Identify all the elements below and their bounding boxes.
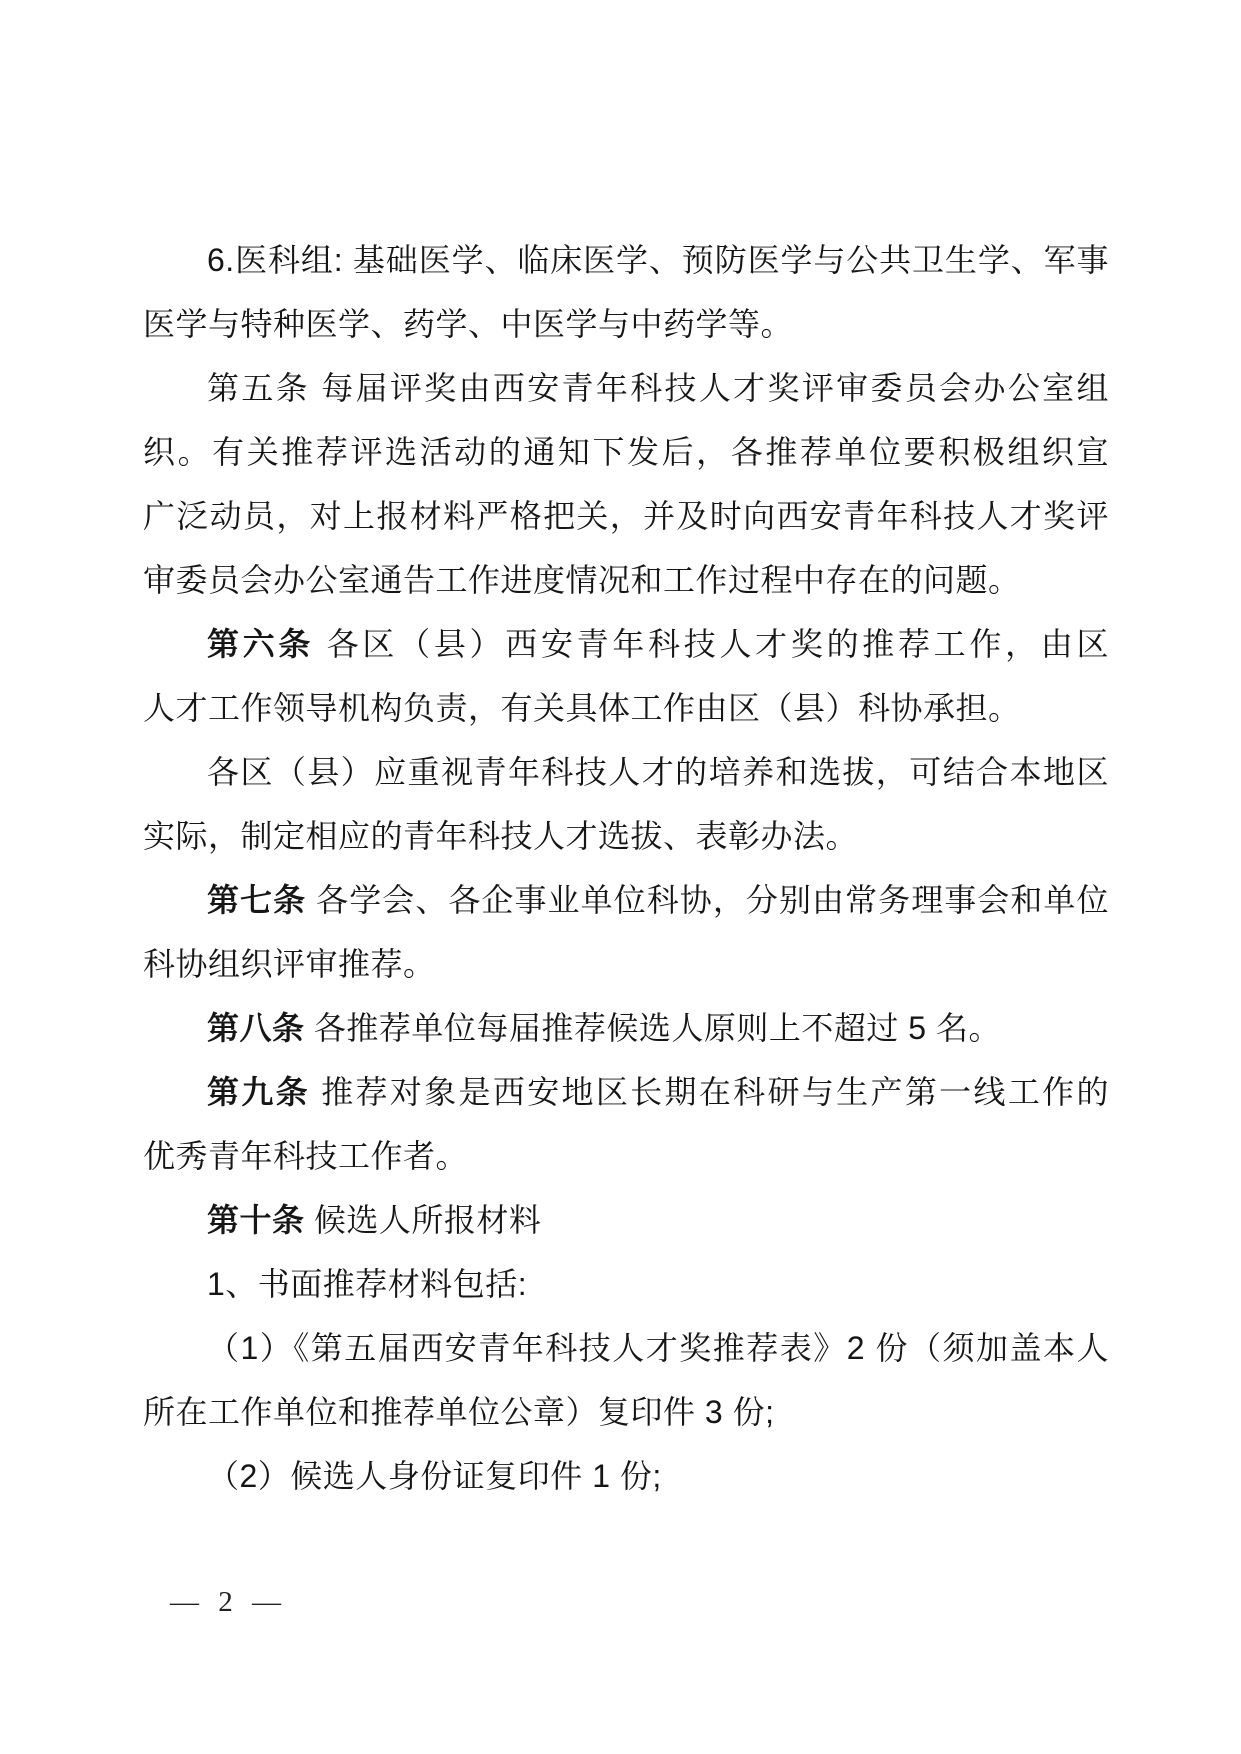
text-line: 广泛动员，对上报材料严格把关，并及时向西安青年科技人才奖评	[143, 484, 1109, 548]
text-segment: 1、书面推荐材料包括:	[207, 1266, 527, 1302]
text-segment: 科协组织评审推荐。	[143, 946, 436, 982]
article-number: 第十条	[207, 1202, 305, 1238]
document-page: 6.医科组: 基础医学、临床医学、预防医学与公共卫生学、军事医学与特种医学、药学…	[0, 0, 1241, 1754]
text-line: 1、书面推荐材料包括:	[143, 1252, 1109, 1316]
text-segment: 审委员会办公室通告工作进度情况和工作过程中存在的问题。	[143, 562, 1021, 598]
article-number: 第九条	[207, 1074, 310, 1110]
article-number: 第七条	[207, 882, 306, 918]
text-line: 织。有关推荐评选活动的通知下发后，各推荐单位要积极组织宣传，	[143, 420, 1109, 484]
article-number: 第六条	[207, 626, 314, 662]
text-segment: 织。有关推荐评选活动的通知下发后，各推荐单位要积极组织宣传，	[143, 434, 1109, 484]
text-segment: 各推荐单位每届推荐候选人原则上不超过 5 名。	[305, 1010, 1001, 1046]
document-body: 6.医科组: 基础医学、临床医学、预防医学与公共卫生学、军事医学与特种医学、药学…	[143, 228, 1109, 1508]
text-line: 各区（县）应重视青年科技人才的培养和选拔，可结合本地区	[143, 740, 1109, 804]
text-line: 所在工作单位和推荐单位公章）复印件 3 份;	[143, 1380, 1109, 1444]
text-segment: 第五条 每届评奖由西安青年科技人才奖评审委员会办公室组	[207, 370, 1109, 406]
text-line: 实际，制定相应的青年科技人才选拔、表彰办法。	[143, 804, 1109, 868]
text-line: 6.医科组: 基础医学、临床医学、预防医学与公共卫生学、军事	[143, 228, 1109, 292]
text-segment: 优秀青年科技工作者。	[143, 1138, 468, 1174]
text-segment: 各区（县）应重视青年科技人才的培养和选拔，可结合本地区	[207, 754, 1109, 790]
text-segment: 实际，制定相应的青年科技人才选拔、表彰办法。	[143, 818, 858, 854]
text-line: 第五条 每届评奖由西安青年科技人才奖评审委员会办公室组	[143, 356, 1109, 420]
text-segment: 候选人所报材料	[305, 1202, 542, 1238]
text-line: 第六条 各区（县）西安青年科技人才奖的推荐工作，由区（县）	[143, 612, 1109, 676]
text-line: （1）《第五届西安青年科技人才奖推荐表》2 份（须加盖本人	[143, 1316, 1109, 1380]
page-number: — 2 —	[170, 1586, 287, 1619]
text-segment: 广泛动员，对上报材料严格把关，并及时向西安青年科技人才奖评	[143, 498, 1109, 534]
text-line: （2）候选人身份证复印件 1 份;	[143, 1444, 1109, 1508]
text-segment: 各学会、各企事业单位科协，分别由常务理事会和单位	[306, 882, 1109, 918]
text-line: 第十条 候选人所报材料	[143, 1188, 1109, 1252]
article-number: 第八条	[207, 1010, 305, 1046]
text-line: 优秀青年科技工作者。	[143, 1124, 1109, 1188]
text-line: 人才工作领导机构负责，有关具体工作由区（县）科协承担。	[143, 676, 1109, 740]
text-line: 科协组织评审推荐。	[143, 932, 1109, 996]
text-segment: 医学与特种医学、药学、中医学与中药学等。	[143, 306, 793, 342]
text-segment: （2）候选人身份证复印件 1 份;	[207, 1458, 662, 1494]
text-line: 审委员会办公室通告工作进度情况和工作过程中存在的问题。	[143, 548, 1109, 612]
text-segment: 推荐对象是西安地区长期在科研与生产第一线工作的	[310, 1074, 1109, 1110]
text-segment: 6.医科组: 基础医学、临床医学、预防医学与公共卫生学、军事	[207, 242, 1109, 278]
text-line: 第八条 各推荐单位每届推荐候选人原则上不超过 5 名。	[143, 996, 1109, 1060]
text-segment: 人才工作领导机构负责，有关具体工作由区（县）科协承担。	[143, 690, 1021, 726]
text-segment: （1）《第五届西安青年科技人才奖推荐表》2 份（须加盖本人	[207, 1330, 1109, 1366]
text-line: 第九条 推荐对象是西安地区长期在科研与生产第一线工作的	[143, 1060, 1109, 1124]
text-line: 第七条 各学会、各企事业单位科协，分别由常务理事会和单位	[143, 868, 1109, 932]
text-line: 医学与特种医学、药学、中医学与中药学等。	[143, 292, 1109, 356]
text-segment: 所在工作单位和推荐单位公章）复印件 3 份;	[143, 1394, 774, 1430]
